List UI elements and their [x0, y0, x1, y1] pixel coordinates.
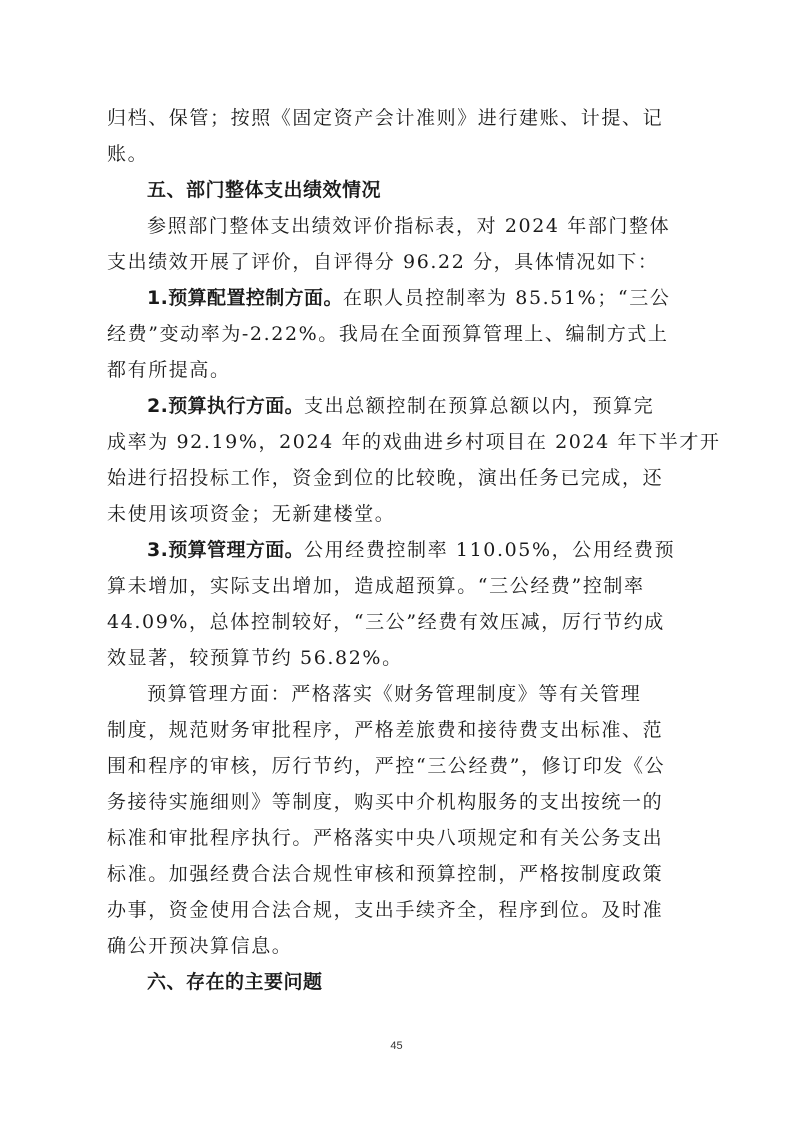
body-line: 成率为 92.19%，2024 年的戏曲进乡村项目在 2024 年下半才开	[107, 424, 687, 460]
body-line: 务接待实施细则》等制度，购买中介机构服务的支出按统一的	[107, 784, 687, 820]
item-3-text: 公用经费控制率 110.05%，公用经费预	[304, 539, 675, 561]
document-page: 归档、保管；按照《固定资产会计准则》进行建账、计提、记 账。 五、部门整体支出绩…	[107, 100, 687, 1000]
body-line: 始进行招投标工作，资金到位的比较晚，演出任务已完成，还	[107, 460, 687, 496]
body-line: 效显著，较预算节约 56.82%。	[107, 640, 687, 676]
body-line: 确公开预决算信息。	[107, 928, 687, 964]
body-line: 预算管理方面：严格落实《财务管理制度》等有关管理	[107, 676, 687, 712]
body-line: 参照部门整体支出绩效评价指标表，对 2024 年部门整体	[107, 208, 687, 244]
item-2-title: 2.预算执行方面。	[147, 395, 304, 417]
section-heading-5: 五、部门整体支出绩效情况	[107, 172, 687, 208]
body-line: 办事，资金使用合法合规，支出手续齐全，程序到位。及时准	[107, 892, 687, 928]
item-1-title: 1.预算配置控制方面。	[147, 287, 343, 309]
body-line: 算未增加，实际支出增加，造成超预算。“三公经费”控制率	[107, 568, 687, 604]
item-3-title: 3.预算管理方面。	[147, 539, 304, 561]
body-line: 44.09%，总体控制较好，“三公”经费有效压减，厉行节约成	[107, 604, 687, 640]
body-line: 未使用该项资金；无新建楼堂。	[107, 496, 687, 532]
item-1-line: 1.预算配置控制方面。在职人员控制率为 85.51%；“三公	[107, 280, 687, 316]
body-line: 围和程序的审核，厉行节约，严控“三公经费”，修订印发《公	[107, 748, 687, 784]
body-line: 支出绩效开展了评价，自评得分 96.22 分，具体情况如下：	[107, 244, 687, 280]
body-line: 制度，规范财务审批程序，严格差旅费和接待费支出标准、范	[107, 712, 687, 748]
body-line: 账。	[107, 136, 687, 172]
item-3-line: 3.预算管理方面。公用经费控制率 110.05%，公用经费预	[107, 532, 687, 568]
page-number: 45	[0, 1040, 793, 1052]
item-1-text: 在职人员控制率为 85.51%；“三公	[343, 287, 671, 309]
section-heading-6: 六、存在的主要问题	[107, 964, 687, 1000]
body-line: 经费”变动率为-2.22%。我局在全面预算管理上、编制方式上	[107, 316, 687, 352]
body-line: 标准和审批程序执行。严格落实中央八项规定和有关公务支出	[107, 820, 687, 856]
item-2-line: 2.预算执行方面。支出总额控制在预算总额以内，预算完	[107, 388, 687, 424]
item-2-text: 支出总额控制在预算总额以内，预算完	[304, 395, 654, 417]
body-line: 标准。加强经费合法合规性审核和预算控制，严格按制度政策	[107, 856, 687, 892]
body-line: 都有所提高。	[107, 352, 687, 388]
body-line: 归档、保管；按照《固定资产会计准则》进行建账、计提、记	[107, 100, 687, 136]
